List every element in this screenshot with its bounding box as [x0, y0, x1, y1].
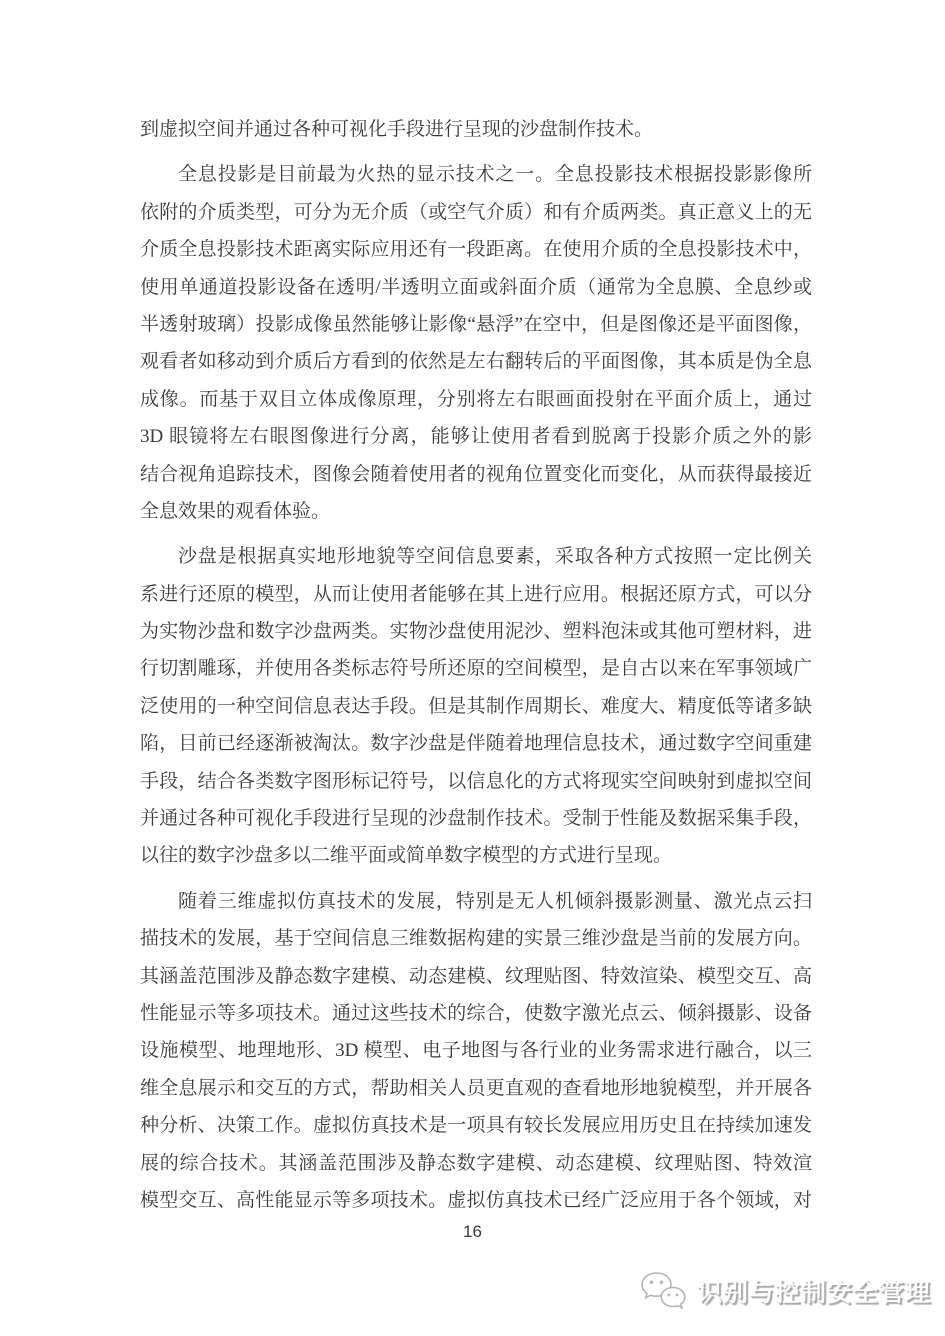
- text-line: 性能显示等多项技术。通过这些技术的综合，使数字激光点云、倾斜摄影、设备: [140, 995, 812, 1032]
- page-number: 16: [0, 1222, 945, 1242]
- text-line: 沙盘是根据真实地形地貌等空间信息要素，采取各种方式按照一定比例关: [140, 538, 812, 575]
- text-line: 行切割雕琢，并使用各类标志符号所还原的空间模型，是自古以来在军事领域广: [140, 650, 812, 687]
- paragraph: 到虚拟空间并通过各种可视化手段进行呈现的沙盘制作技术。: [140, 111, 812, 148]
- text-line: 展的综合技术。其涵盖范围涉及静态数字建模、动态建模、纹理贴图、特效渲染、: [140, 1145, 812, 1182]
- text-line: 模型交互、高性能显示等多项技术。虚拟仿真技术已经广泛应用于各个领域，对: [140, 1182, 812, 1219]
- document-body: 到虚拟空间并通过各种可视化手段进行呈现的沙盘制作技术。全息投影是目前最为火热的显…: [140, 111, 812, 1219]
- text-line: 以往的数字沙盘多以二维平面或简单数字模型的方式进行呈现。: [140, 837, 812, 874]
- text-line: 半透射玻璃）投影成像虽然能够让影像“悬浮”在空中，但是图像还是平面图像，: [140, 306, 812, 343]
- text-line: 手段，结合各类数字图形标记符号，以信息化的方式将现实空间映射到虚拟空间: [140, 763, 812, 800]
- text-line: 描技术的发展，基于空间信息三维数据构建的实景三维沙盘是当前的发展方向。: [140, 920, 812, 957]
- text-line: 系进行还原的模型，从而让使用者能够在其上进行应用。根据还原方式，可以分: [140, 576, 812, 613]
- text-line: 3D 眼镜将左右眼图像进行分离，能够让使用者看到脱离于投影介质之外的影像，: [140, 418, 812, 455]
- text-line: 成像。而基于双目立体成像原理，分别将左右眼画面投射在平面介质上，通过: [140, 381, 812, 418]
- text-line: 设施模型、地理地形、3D 模型、电子地图与各行业的业务需求进行融合，以三: [140, 1032, 812, 1069]
- text-line: 使用单通道投影设备在透明/半透明立面或斜面介质（通常为全息膜、全息纱或: [140, 269, 812, 306]
- text-line: 泛使用的一种空间信息表达手段。但是其制作周期长、难度大、精度低等诸多缺: [140, 688, 812, 725]
- text-line: 为实物沙盘和数字沙盘两类。实物沙盘使用泥沙、塑料泡沫或其他可塑材料，进: [140, 613, 812, 650]
- text-line: 全息投影是目前最为火热的显示技术之一。全息投影技术根据投影影像所: [140, 156, 812, 193]
- text-line: 其涵盖范围涉及静态数字建模、动态建模、纹理贴图、特效渲染、模型交互、高: [140, 958, 812, 995]
- watermark: 识别与控制安全管理: [640, 1268, 931, 1314]
- text-line: 到虚拟空间并通过各种可视化手段进行呈现的沙盘制作技术。: [140, 111, 812, 148]
- text-line: 观看者如移动到介质后方看到的依然是左右翻转后的平面图像，其本质是伪全息: [140, 343, 812, 380]
- text-line: 全息效果的观看体验。: [140, 493, 812, 530]
- text-line: 陷，目前已经逐渐被淘汰。数字沙盘是伴随着地理信息技术，通过数字空间重建: [140, 725, 812, 762]
- text-line: 种分析、决策工作。虚拟仿真技术是一项具有较长发展应用历史且在持续加速发: [140, 1107, 812, 1144]
- text-line: 维全息展示和交互的方式，帮助相关人员更直观的查看地形地貌模型，并开展各: [140, 1070, 812, 1107]
- paragraph: 全息投影是目前最为火热的显示技术之一。全息投影技术根据投影影像所依附的介质类型，…: [140, 156, 812, 530]
- text-line: 依附的介质类型，可分为无介质（或空气介质）和有介质两类。真正意义上的无: [140, 194, 812, 231]
- text-line: 结合视角追踪技术，图像会随着使用者的视角位置变化而变化，从而获得最接近: [140, 456, 812, 493]
- text-line: 随着三维虚拟仿真技术的发展，特别是无人机倾斜摄影测量、激光点云扫: [140, 883, 812, 920]
- text-line: 介质全息投影技术距离实际应用还有一段距离。在使用介质的全息投影技术中，: [140, 231, 812, 268]
- text-line: 并通过各种可视化手段进行呈现的沙盘制作技术。受制于性能及数据采集手段，: [140, 800, 812, 837]
- wechat-icon: [640, 1270, 687, 1312]
- paragraph: 随着三维虚拟仿真技术的发展，特别是无人机倾斜摄影测量、激光点云扫描技术的发展，基…: [140, 883, 812, 1220]
- paragraph: 沙盘是根据真实地形地貌等空间信息要素，采取各种方式按照一定比例关系进行还原的模型…: [140, 538, 812, 875]
- watermark-label: 识别与控制安全管理: [697, 1273, 931, 1309]
- document-page: 到虚拟空间并通过各种可视化手段进行呈现的沙盘制作技术。全息投影是目前最为火热的显…: [0, 0, 945, 1336]
